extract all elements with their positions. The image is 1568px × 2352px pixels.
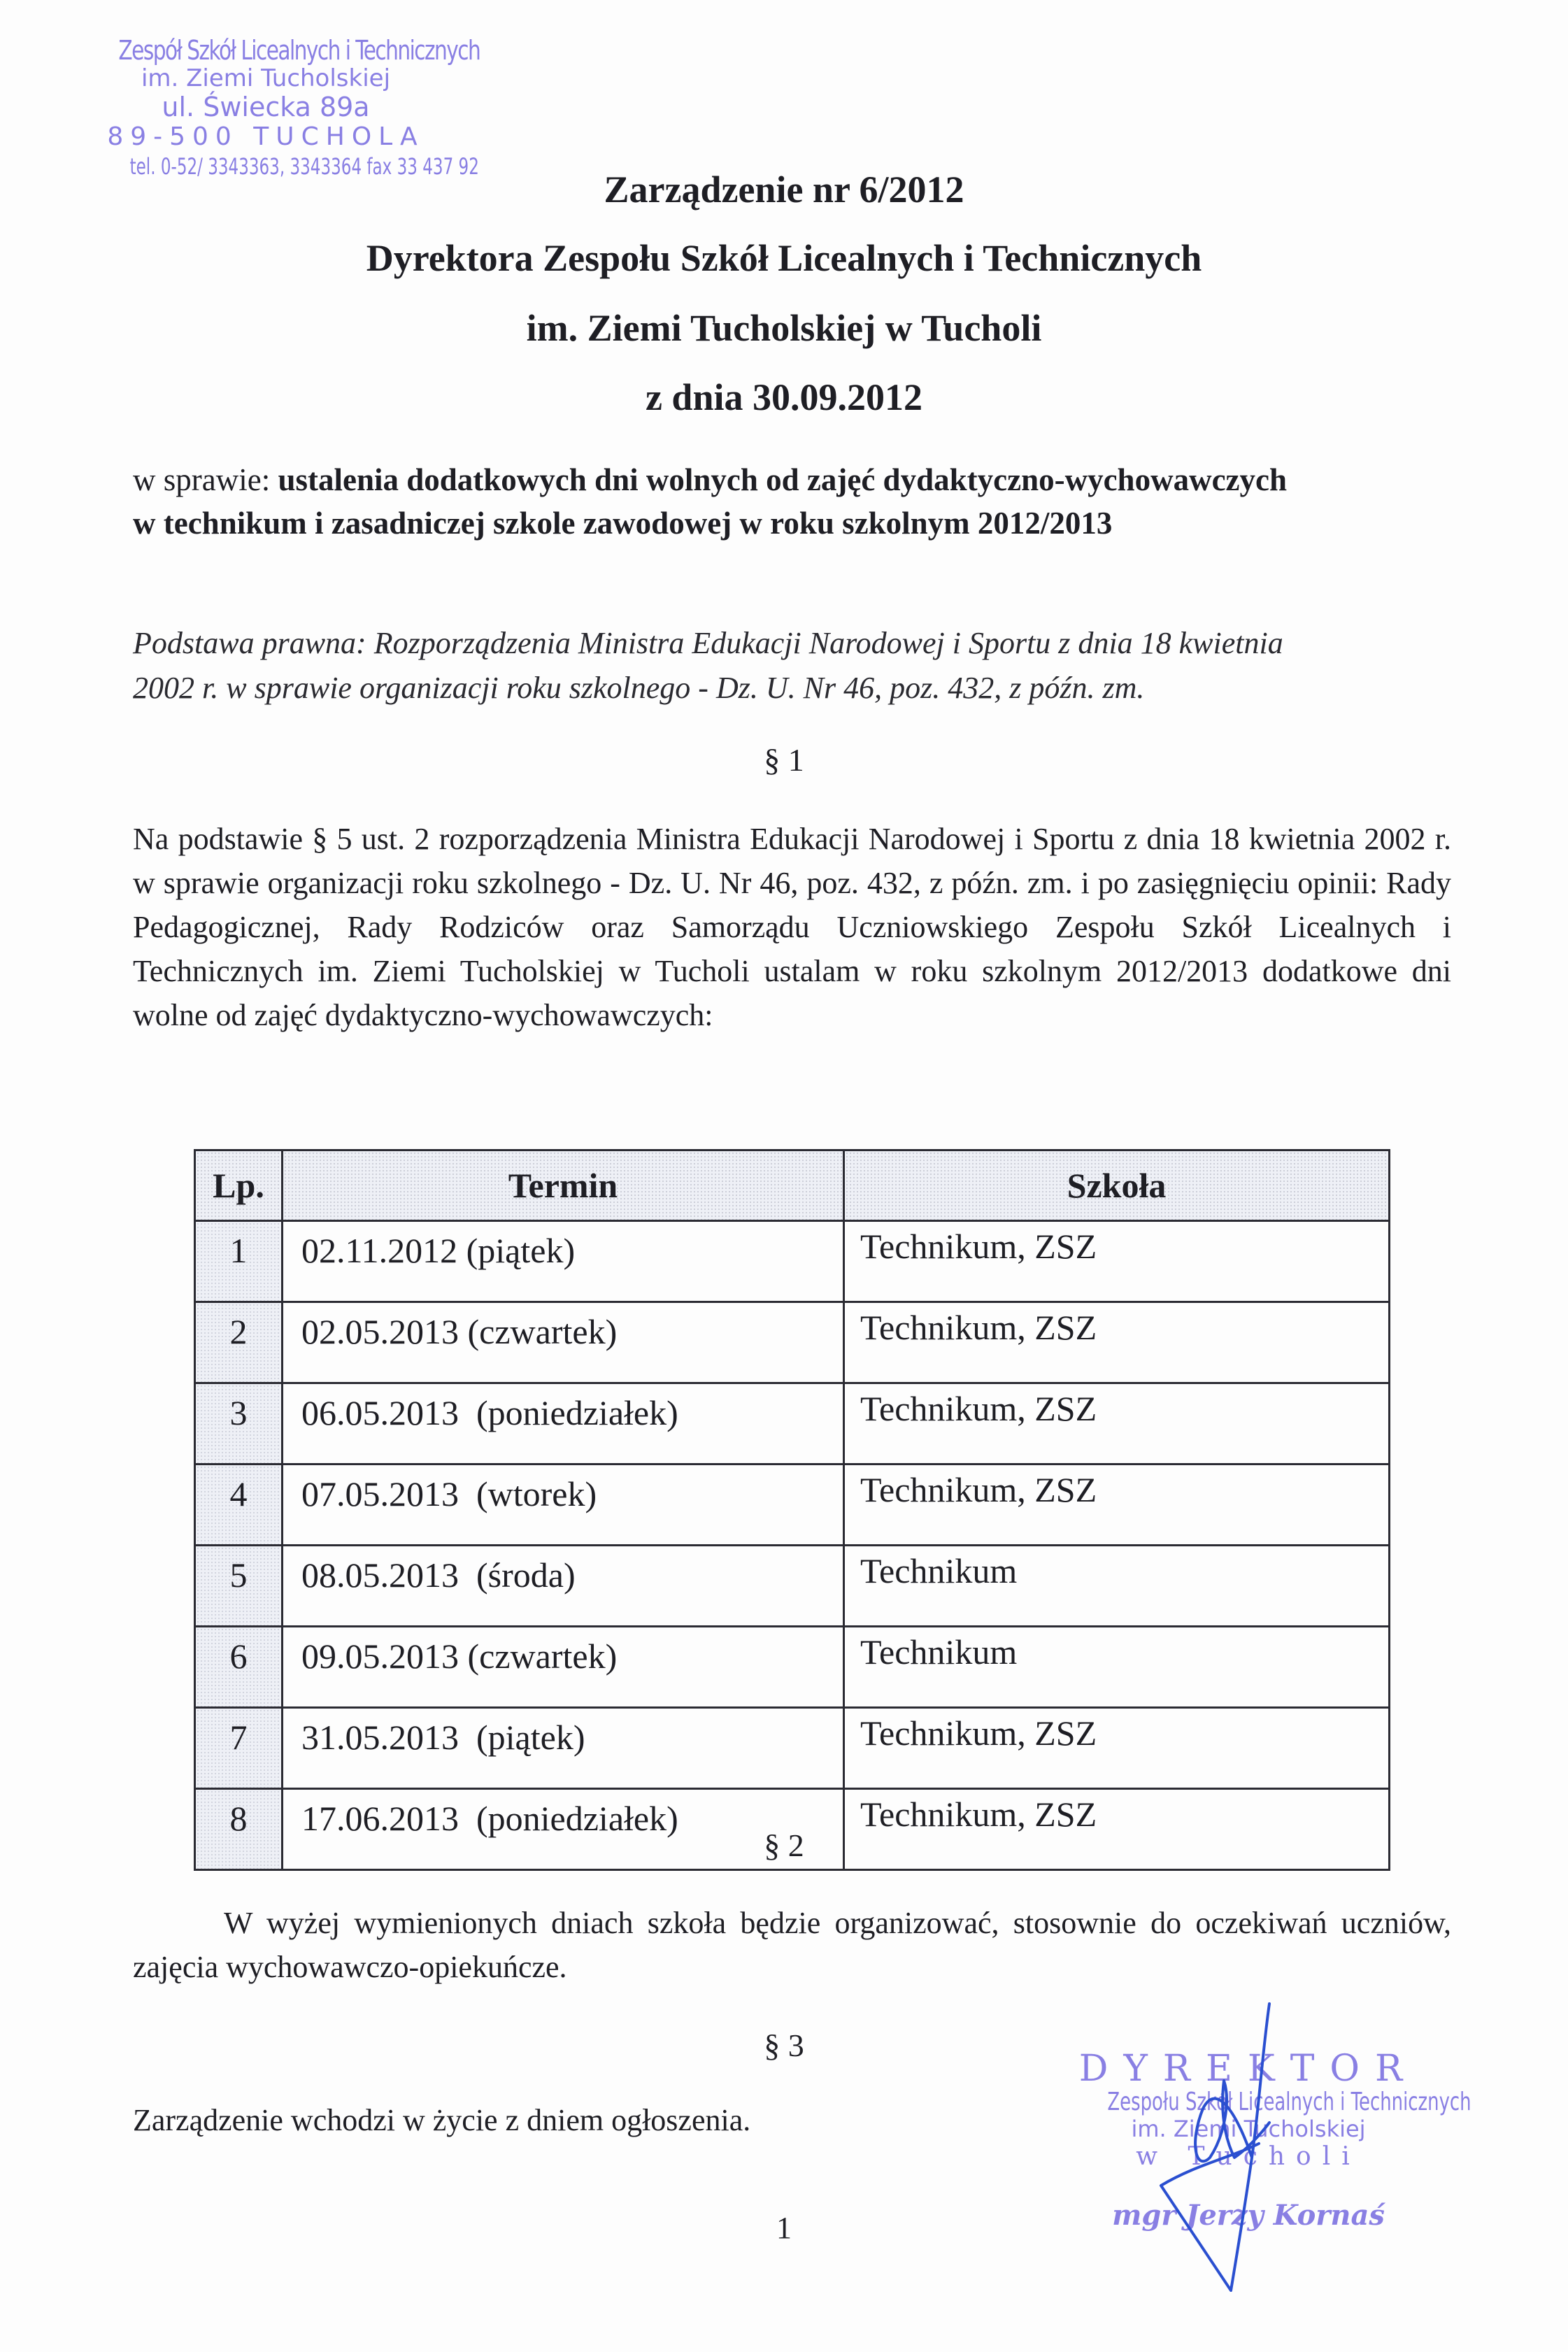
section-1-text: Na podstawie § 5 ust. 2 rozporządzenia M… (133, 817, 1451, 1037)
cell-termin: 02.05.2013 (czwartek) (283, 1302, 844, 1383)
cell-lp: 5 (195, 1546, 283, 1627)
stamp-patron: im. Ziemi Tucholskiej (77, 64, 455, 92)
section-2-text: W wyżej wymienionych dniach szkoła będzi… (133, 1901, 1451, 1989)
table-header-row: Lp. Termin Szkoła (195, 1150, 1390, 1221)
cell-szkola: Technikum (844, 1546, 1390, 1627)
section-2-text-content: W wyżej wymienionych dniach szkoła będzi… (133, 1906, 1451, 1984)
table-row: 306.05.2013 (poniedziałek)Technikum, ZSZ (195, 1383, 1390, 1464)
document-date: z dnia 30.09.2012 (0, 376, 1568, 419)
cell-termin: 02.11.2012 (piątek) (283, 1221, 844, 1302)
cell-szkola: Technikum, ZSZ (844, 1221, 1390, 1302)
cell-lp: 6 (195, 1627, 283, 1708)
cell-termin: 07.05.2013 (wtorek) (283, 1464, 844, 1546)
subject-line-1: ustalenia dodatkowych dni wolnych od zaj… (278, 462, 1287, 497)
legal-basis: Podstawa prawna: Rozporządzenia Ministra… (133, 621, 1462, 711)
cell-lp: 3 (195, 1383, 283, 1464)
cell-lp: 2 (195, 1302, 283, 1383)
stamp-street: ul. Świecka 89a (77, 92, 455, 122)
document-issuer: Dyrektora Zespołu Szkół Licealnych i Tec… (0, 236, 1568, 280)
stamp-city: 89-500 TUCHOLA (77, 122, 455, 152)
cell-termin: 08.05.2013 (środa) (283, 1546, 844, 1627)
cell-szkola: Technikum, ZSZ (844, 1302, 1390, 1383)
cell-szkola: Technikum, ZSZ (844, 1708, 1390, 1789)
table-row: 407.05.2013 (wtorek)Technikum, ZSZ (195, 1464, 1390, 1546)
cell-termin: 31.05.2013 (piątek) (283, 1708, 844, 1789)
table-row: 102.11.2012 (piątek)Technikum, ZSZ (195, 1221, 1390, 1302)
school-header-stamp: Zespół Szkół Licealnych i Technicznych i… (77, 36, 455, 180)
page-number: 1 (0, 2210, 1568, 2246)
column-header-termin: Termin (283, 1150, 844, 1221)
section-2-heading: § 2 (0, 1827, 1568, 1864)
table-row: 609.05.2013 (czwartek)Technikum (195, 1627, 1390, 1708)
free-days-table: Lp. Termin Szkoła 102.11.2012 (piątek)Te… (194, 1149, 1390, 1871)
legal-basis-line-2: 2002 r. w sprawie organizacji roku szkol… (133, 666, 1462, 711)
cell-lp: 4 (195, 1464, 283, 1546)
cell-termin: 06.05.2013 (poniedziałek) (283, 1383, 844, 1464)
cell-termin: 09.05.2013 (czwartek) (283, 1627, 844, 1708)
document-title: Zarządzenie nr 6/2012 (0, 168, 1568, 211)
column-header-szkola: Szkoła (844, 1150, 1390, 1221)
cell-szkola: Technikum, ZSZ (844, 1383, 1390, 1464)
cell-szkola: Technikum, ZSZ (844, 1464, 1390, 1546)
table-row: 731.05.2013 (piątek)Technikum, ZSZ (195, 1708, 1390, 1789)
stamp-school-name: Zespół Szkół Licealnych i Technicznych (118, 36, 413, 64)
legal-basis-line-1: Podstawa prawna: Rozporządzenia Ministra… (133, 621, 1462, 666)
subject-prefix: w sprawie: (133, 462, 278, 497)
document-subject: w sprawie: ustalenia dodatkowych dni wol… (133, 458, 1462, 545)
column-header-lp: Lp. (195, 1150, 283, 1221)
table-row: 202.05.2013 (czwartek)Technikum, ZSZ (195, 1302, 1390, 1383)
document-issuer-location: im. Ziemi Tucholskiej w Tucholi (0, 306, 1568, 350)
section-1-heading: § 1 (0, 741, 1568, 778)
cell-szkola: Technikum (844, 1627, 1390, 1708)
cell-lp: 1 (195, 1221, 283, 1302)
handwritten-signature (1119, 1997, 1343, 2297)
table-row: 508.05.2013 (środa)Technikum (195, 1546, 1390, 1627)
subject-line-2: w technikum i zasadniczej szkole zawodow… (133, 506, 1112, 541)
cell-lp: 7 (195, 1708, 283, 1789)
